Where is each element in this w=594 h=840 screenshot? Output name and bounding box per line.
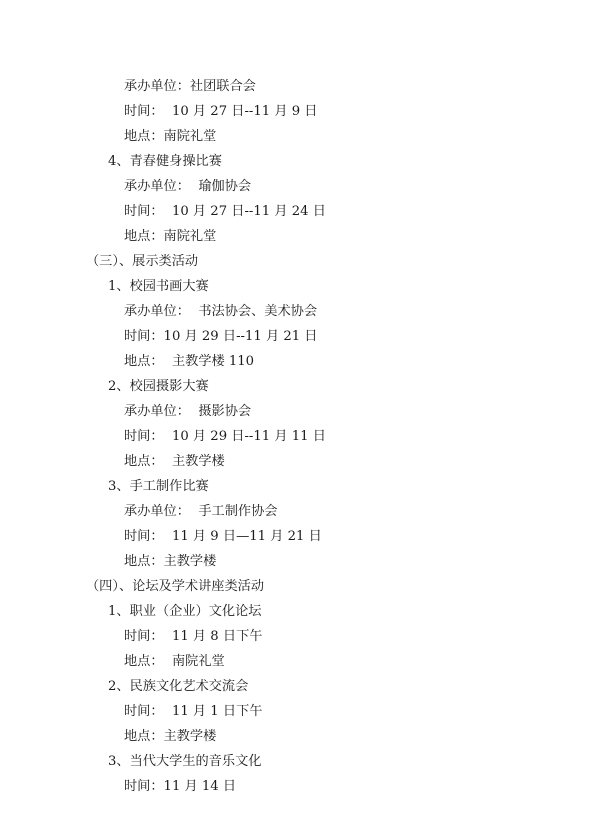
activity-title: 4、青春健身操比赛: [108, 149, 222, 174]
activity-detail: 承办单位： 书法协会、美术协会: [124, 299, 317, 324]
activity-detail: 地点：主教学楼: [124, 724, 216, 749]
activity-detail: 时间： 10 月 29 日--11 月 11 日: [124, 424, 326, 449]
activity-detail: 时间： 11 月 1 日下午: [124, 699, 262, 724]
activity-detail: 时间： 11 月 9 日—11 月 21 日: [124, 524, 322, 549]
activity-detail: 时间： 10 月 27 日--11 月 24 日: [124, 199, 326, 224]
activity-detail: 承办单位：社团联合会: [124, 74, 256, 99]
activity-detail: 时间：11 月 14 日: [124, 774, 236, 799]
activity-detail: 地点： 主教学楼 110: [124, 349, 254, 374]
activity-detail: 承办单位： 手工制作协会: [124, 499, 277, 524]
activity-title: 3、当代大学生的音乐文化: [108, 749, 261, 774]
activity-detail: 地点： 南院礼堂: [124, 649, 225, 674]
activity-detail: 时间： 11 月 8 日下午: [124, 624, 262, 649]
activity-detail: 地点：南院礼堂: [124, 224, 216, 249]
activity-title: 1、职业（企业）文化论坛: [108, 599, 261, 624]
activity-title: 3、手工制作比赛: [108, 474, 209, 499]
activity-detail: 时间： 10 月 27 日--11 月 9 日: [124, 99, 318, 124]
activity-title: 2、民族文化艺术交流会: [108, 674, 248, 699]
section-heading: （四）、论坛及学术讲座类活动: [86, 574, 264, 599]
activity-detail: 承办单位： 摄影协会: [124, 399, 251, 424]
activity-detail: 地点：主教学楼: [124, 549, 216, 574]
activity-title: 2、校园摄影大赛: [108, 374, 209, 399]
activity-detail: 承办单位： 瑜伽协会: [124, 174, 251, 199]
activity-detail: 地点： 主教学楼: [124, 449, 225, 474]
activity-detail: 地点：南院礼堂: [124, 124, 216, 149]
section-heading: （三）、展示类活动: [86, 249, 198, 274]
activity-title: 1、校园书画大赛: [108, 274, 209, 299]
activity-detail: 时间：10 月 29 日--11 月 21 日: [124, 324, 318, 349]
